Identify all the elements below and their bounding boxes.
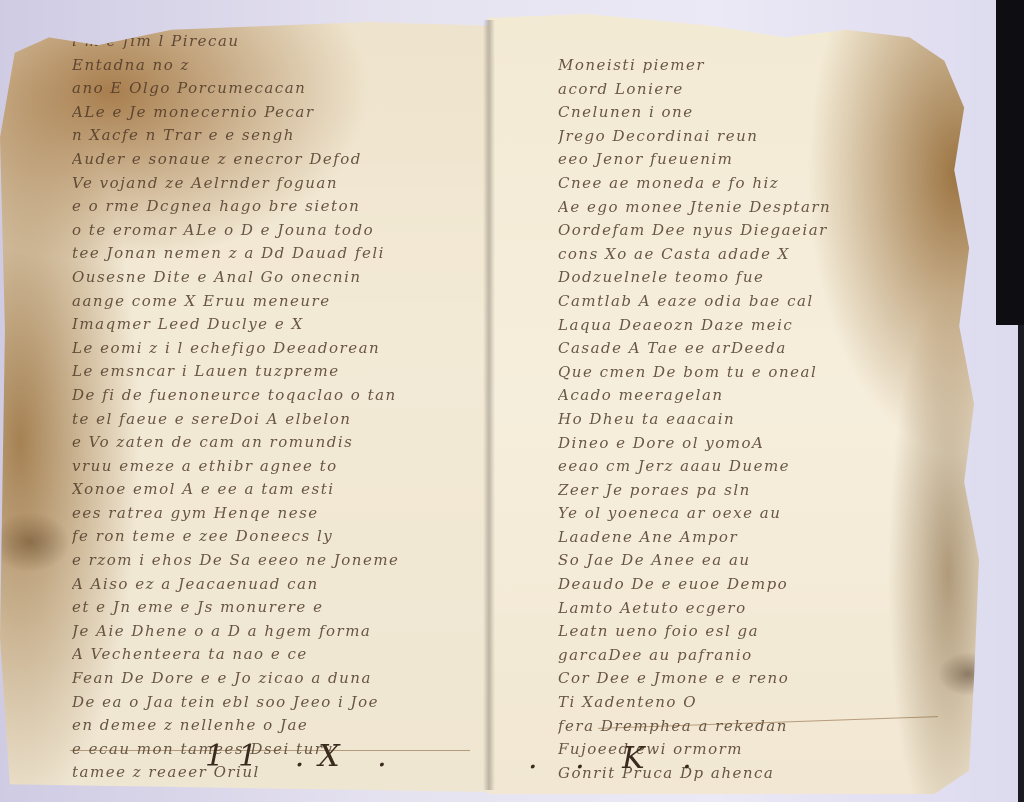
manuscript-line: e Vo zaten de cam an romundis bbox=[72, 431, 482, 455]
manuscript-line: ALe e Je monecernio Pecar bbox=[72, 101, 482, 125]
manuscript-line: Laqua Deaeozn Daze meic bbox=[558, 314, 918, 338]
book-gutter bbox=[483, 20, 495, 790]
manuscript-line: vruu emeze a ethibr agnee to bbox=[72, 455, 482, 479]
manuscript-line: Dodzuelnele teomo fue bbox=[558, 266, 918, 290]
manuscript-line: Laadene Ane Ampor bbox=[558, 526, 918, 550]
manuscript-line: eeo Jenor fueuenim bbox=[558, 148, 918, 172]
manuscript-line: acord Loniere bbox=[558, 78, 918, 102]
manuscript-line: De ea o Jaa tein ebl soo Jeeo i Joe bbox=[72, 691, 482, 715]
manuscript-line: Cnelunen i one bbox=[558, 101, 918, 125]
manuscript-line: A Aiso ez a Jeacaenuad can bbox=[72, 573, 482, 597]
dark-frame-edge bbox=[996, 0, 1024, 325]
manuscript-line: n Xacfe n Trar e e sengh bbox=[72, 124, 482, 148]
manuscript-line: fe ron teme e zee Doneecs ly bbox=[72, 525, 482, 549]
manuscript-line: aange come X Eruu meneure bbox=[72, 290, 482, 314]
manuscript-line: Moneisti piemer bbox=[558, 54, 918, 78]
right-page-text: Moneisti piemer acord Loniere Cnelunen i… bbox=[558, 54, 918, 785]
folio-mark: . . K . bbox=[528, 741, 706, 776]
manuscript-line: So Jae De Anee ea au bbox=[558, 549, 918, 573]
manuscript-line: o te eromar ALe o D e Jouna todo bbox=[72, 219, 482, 243]
manuscript-line: Que cmen De bom tu e oneal bbox=[558, 361, 918, 385]
manuscript-line: Le emsncar i Lauen tuzpreme bbox=[72, 360, 482, 384]
manuscript-line: Cnee ae moneda e fo hiz bbox=[558, 172, 918, 196]
left-page-text: i m e fim l Pirecau Entadna no z ano E O… bbox=[72, 30, 482, 785]
manuscript-line: Ye ol yoeneca ar oexe au bbox=[558, 502, 918, 526]
manuscript-line: Ae ego monee Jtenie Desptarn bbox=[558, 196, 918, 220]
manuscript-line: garcaDee au pafranio bbox=[558, 644, 918, 668]
folio-mark: 11 .X . bbox=[205, 739, 401, 774]
manuscript-line: Xonoe emol A e ee a tam esti bbox=[72, 478, 482, 502]
manuscript-line: Casade A Tae ee arDeeda bbox=[558, 337, 918, 361]
manuscript-line: Lamto Aetuto ecgero bbox=[558, 597, 918, 621]
manuscript-line: cons Xo ae Casta adade X bbox=[558, 243, 918, 267]
manuscript-line: De fi de fuenoneurce toqaclao o tan bbox=[72, 384, 482, 408]
manuscript-line: Jrego Decordinai reun bbox=[558, 125, 918, 149]
manuscript-line: Entadna no z bbox=[72, 54, 482, 78]
manuscript-line: Leatn ueno foio esl ga bbox=[558, 620, 918, 644]
manuscript-line: Zeer Je poraes pa sln bbox=[558, 479, 918, 503]
manuscript-line: Cor Dee e Jmone e e reno bbox=[558, 667, 918, 691]
manuscript-line: tee Jonan nemen z a Dd Dauad feli bbox=[72, 242, 482, 266]
right-page: Moneisti piemer acord Loniere Cnelunen i… bbox=[488, 14, 984, 794]
manuscript-line: ano E Olgo Porcumecacan bbox=[72, 77, 482, 101]
manuscript-line: eeao cm Jerz aaau Dueme bbox=[558, 455, 918, 479]
manuscript-line: Camtlab A eaze odia bae cal bbox=[558, 290, 918, 314]
left-page: i m e fim l Pirecau Entadna no z ano E O… bbox=[0, 22, 490, 792]
manuscript-line: e rzom i ehos De Sa eeeo ne Joneme bbox=[72, 549, 482, 573]
manuscript-line: ees ratrea gym Henqe nese bbox=[72, 502, 482, 526]
manuscript-line: A Vechenteera ta nao e ce bbox=[72, 643, 482, 667]
manuscript-line: Dineo e Dore ol yomoA bbox=[558, 432, 918, 456]
manuscript-line: Acado meeragelan bbox=[558, 384, 918, 408]
manuscript-line: e o rme Dcgnea hago bre sieton bbox=[72, 195, 482, 219]
manuscript-line: Le eomi z i l echefigo Deeadorean bbox=[72, 337, 482, 361]
manuscript-line: Auder e sonaue z enecror Defod bbox=[72, 148, 482, 172]
manuscript-line: Ti Xadenteno O bbox=[558, 691, 918, 715]
manuscript-line: Deaudo De e euoe Dempo bbox=[558, 573, 918, 597]
manuscript-line: Ousesne Dite e Anal Go onecnin bbox=[72, 266, 482, 290]
manuscript-line: Ho Dheu ta eaacain bbox=[558, 408, 918, 432]
manuscript-line: et e Jn eme e Js monurere e bbox=[72, 596, 482, 620]
dark-frame-edge-lower bbox=[1018, 325, 1024, 802]
manuscript-line: Imaqmer Leed Duclye e X bbox=[72, 313, 482, 337]
manuscript-line: Oordefam Dee nyus Diegaeiar bbox=[558, 219, 918, 243]
manuscript-line: te el faeue e sereDoi A elbelon bbox=[72, 408, 482, 432]
manuscript-line: Je Aie Dhene o a D a hgem forma bbox=[72, 620, 482, 644]
manuscript-line: Ve vojand ze Aelrnder foguan bbox=[72, 172, 482, 196]
manuscript-line: en demee z nellenhe o Jae bbox=[72, 714, 482, 738]
manuscript-line: Fean De Dore e e Jo zicao a duna bbox=[72, 667, 482, 691]
